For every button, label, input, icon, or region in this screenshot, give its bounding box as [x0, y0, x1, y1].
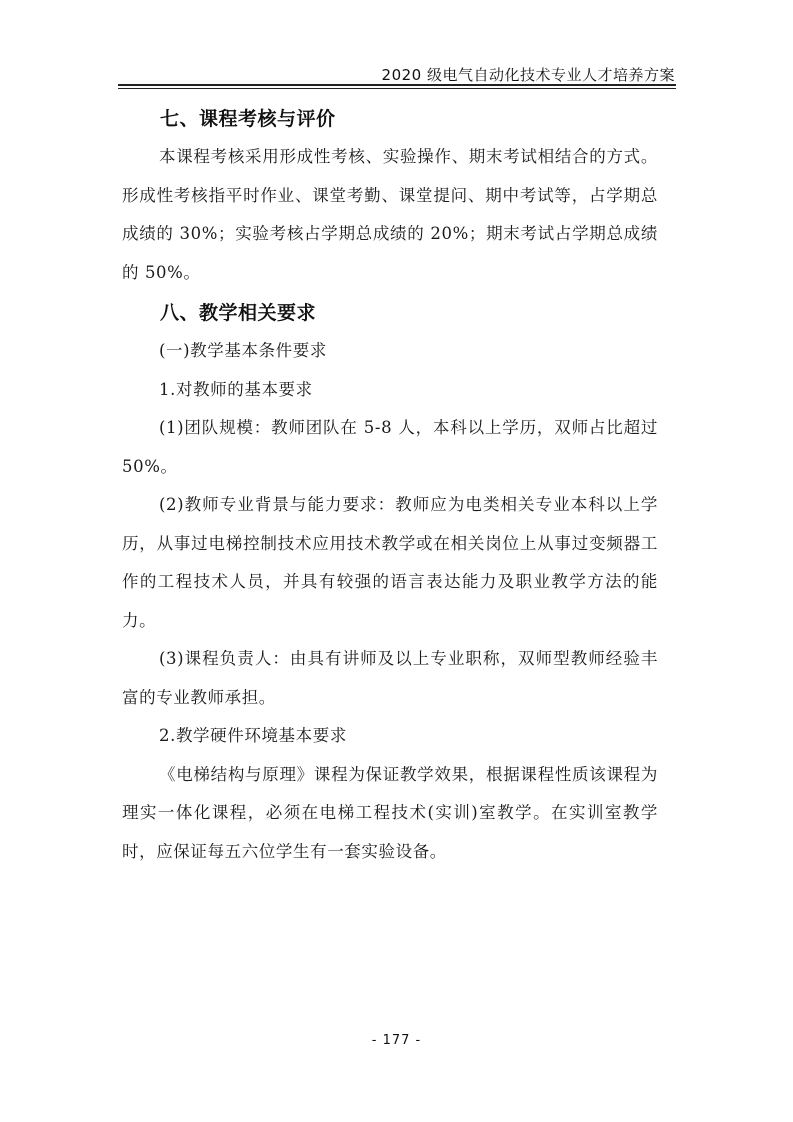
running-header: 2020 级电气自动化技术专业人才培养方案 [382, 64, 675, 85]
paragraph-course-leader: (3)课程负责人：由具有讲师及以上专业职称，双师型教师经验丰富的专业教师承担。 [122, 640, 658, 717]
page-content: 七、课程考核与评价 本课程考核采用形成性考核、实验操作、期末考试相结合的方式。形… [122, 100, 658, 871]
section-heading-teaching-requirements: 八、教学相关要求 [122, 294, 658, 332]
paragraph-team-size: (1)团队规模：教师团队在 5-8 人，本科以上学历，双师占比超过 50%。 [122, 409, 658, 486]
header-double-rule [118, 84, 676, 89]
paragraph-teacher-background: (2)教师专业背景与能力要求：教师应为电类相关专业本科以上学历，从事过电梯控制技… [122, 486, 658, 640]
item-teacher-requirements: 1.对教师的基本要求 [122, 371, 658, 410]
document-page: 2020 级电气自动化技术专业人才培养方案 七、课程考核与评价 本课程考核采用形… [0, 0, 793, 1122]
subsection-basic-conditions: (一)教学基本条件要求 [122, 332, 658, 371]
page-number: - 177 - [0, 1033, 793, 1048]
item-hardware-environment: 2.教学硬件环境基本要求 [122, 717, 658, 756]
assessment-paragraph: 本课程考核采用形成性考核、实验操作、期末考试相结合的方式。形成性考核指平时作业、… [122, 138, 658, 292]
paragraph-lab-requirements: 《电梯结构与原理》课程为保证教学效果，根据课程性质该课程为理实一体化课程，必须在… [122, 756, 658, 872]
section-heading-assessment: 七、课程考核与评价 [122, 100, 658, 138]
